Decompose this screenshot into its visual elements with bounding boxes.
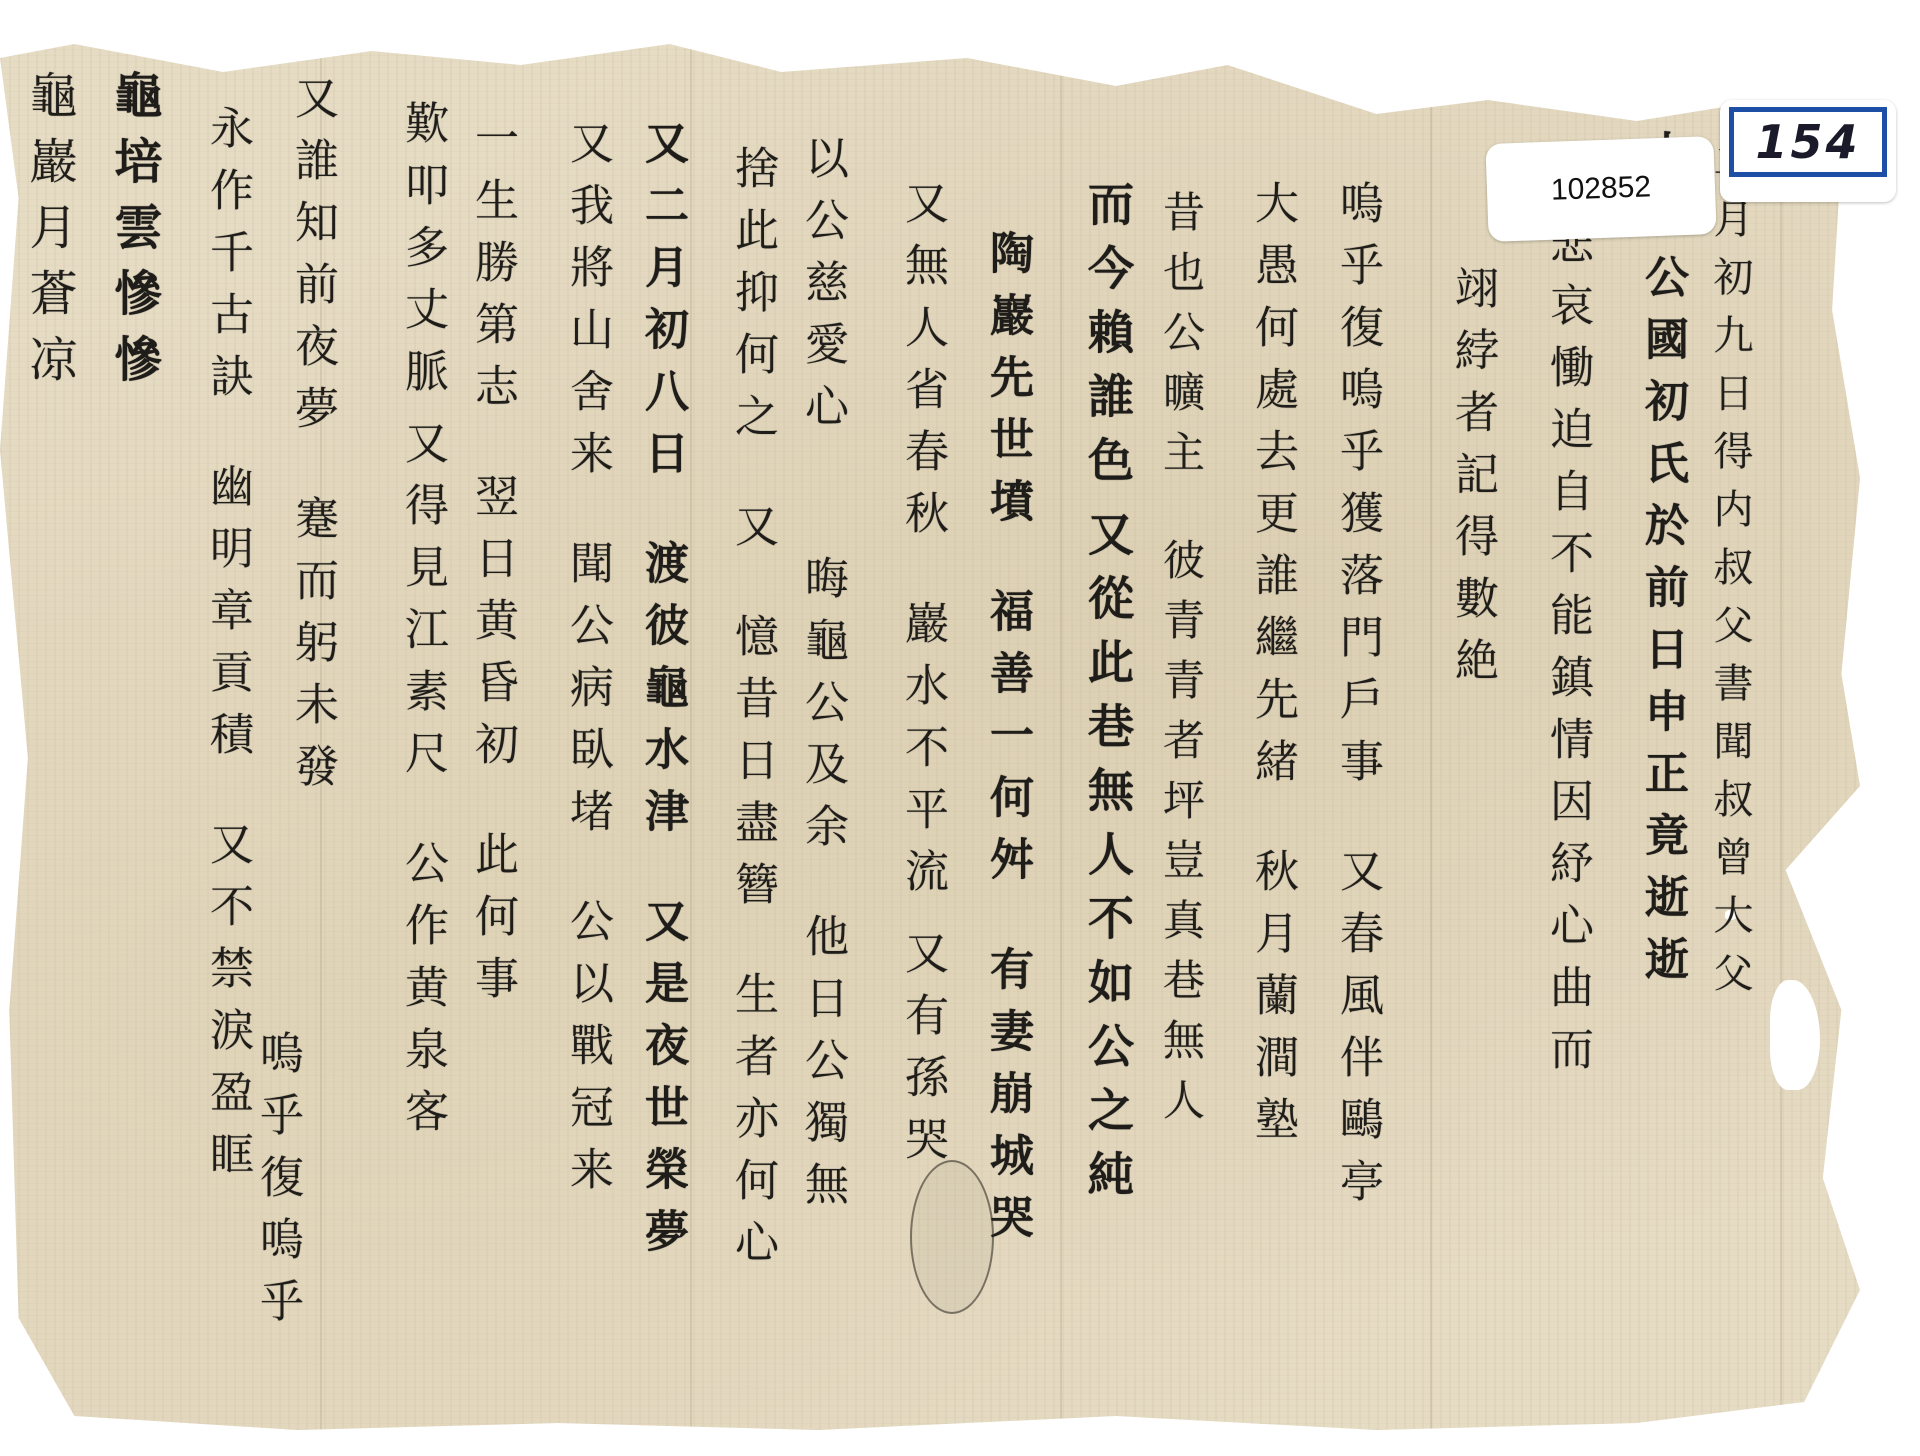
text-column: 大愚公國初氏於前日申正竟逝逝 bbox=[1640, 130, 1684, 998]
text-segment: 又 bbox=[290, 75, 334, 137]
text-column: 又二月初八日渡彼龜水津又是夜世榮夢 bbox=[640, 120, 684, 1270]
text-segment: 不禁淚盈眶 bbox=[205, 883, 249, 1193]
text-segment: 生者亦何心 bbox=[730, 971, 774, 1281]
page-number-frame: 154 bbox=[1729, 107, 1887, 177]
text-segment: 憶昔日盡簪 bbox=[730, 613, 774, 923]
text-segment: 昔也公曠主 bbox=[1160, 190, 1202, 490]
text-column: 捨此抑何之又憶昔日盡簪生者亦何心 bbox=[730, 145, 774, 1281]
text-segment: 誰知前夜夢 bbox=[290, 137, 334, 447]
text-segment: 又 bbox=[205, 821, 249, 883]
text-segment: 有孫哭 bbox=[900, 992, 944, 1178]
text-column: 而今賴誰色又從此巷無人不如公之純 bbox=[1085, 180, 1131, 1214]
text-segment: 龜培雲慘慘 bbox=[110, 70, 158, 400]
text-column: 嗚乎復嗚乎獲落門戶事又春風伴鷗亭 bbox=[1335, 180, 1379, 1220]
text-column: 二月初九日得内叔父書聞叔曾大父 bbox=[1710, 140, 1750, 1010]
text-segment: 龜巖月蒼凉 bbox=[25, 70, 73, 400]
text-column: 永作千古訣幽明章貢積又不禁淚盈眶 bbox=[205, 105, 249, 1193]
text-segment: 彼青青者坪豈真巷無人 bbox=[1160, 538, 1202, 1138]
text-column: 又無人省春秋巖水不平流又有孫哭 bbox=[900, 180, 944, 1178]
text-segment: 捨此抑何之 bbox=[730, 145, 774, 455]
seal-stamp bbox=[910, 1160, 994, 1314]
text-segment: 歎叩多丈脈 bbox=[400, 100, 444, 410]
text-segment: 公作黄泉客 bbox=[400, 840, 444, 1150]
text-column: 一生勝第志翌日黄昏初此何事 bbox=[470, 115, 514, 1017]
text-segment: 晦龜公及余 bbox=[800, 555, 844, 865]
text-segment: 嗚乎復嗚乎獲落門戶事 bbox=[1335, 180, 1379, 800]
text-segment: 又 bbox=[640, 120, 684, 182]
text-column: 大愚何處去更誰繼先緒秋月蘭澗塾 bbox=[1250, 180, 1294, 1158]
text-segment: 又 bbox=[640, 898, 684, 960]
text-segment: 翌日黄昏初 bbox=[470, 473, 514, 783]
text-segment: 悲哀慟迫自不能鎮情因紓心曲而 bbox=[1545, 220, 1589, 1088]
text-segment: 從此巷無人不如公之純 bbox=[1085, 574, 1131, 1214]
text-segment: 翊綍者記得數絶 bbox=[1450, 265, 1494, 699]
text-segment: 又 bbox=[400, 420, 444, 482]
page-number-text: 154 bbox=[1755, 115, 1860, 169]
text-column: 歎叩多丈脈又得見江素尺公作黄泉客 bbox=[400, 100, 444, 1150]
text-segment: 陶巖先世墳 bbox=[985, 230, 1029, 540]
text-segment: 以公慈愛心 bbox=[800, 135, 844, 445]
text-segment: 公以戰冠来 bbox=[565, 898, 609, 1208]
text-segment: 此何事 bbox=[470, 831, 514, 1017]
text-segment: 二月初九日得内叔父書聞叔曾大父 bbox=[1710, 140, 1750, 1010]
text-segment: 渡彼龜水津 bbox=[640, 540, 684, 850]
text-segment: 又春風伴鷗亭 bbox=[1335, 848, 1379, 1220]
text-column: 悲哀慟迫自不能鎮情因紓心曲而 bbox=[1545, 220, 1589, 1088]
text-segment: 聞公病臥堵 bbox=[565, 540, 609, 850]
text-segment: 永作千古訣 bbox=[205, 105, 249, 415]
text-column: 龜培雲慘慘 bbox=[110, 70, 158, 400]
text-segment: 又無人省春秋 bbox=[900, 180, 944, 552]
text-column: 陶巖先世墳福善一何舛有妻崩城哭 bbox=[985, 230, 1029, 1256]
catalog-id-label: 102852 bbox=[1485, 136, 1716, 242]
text-segment: 又 bbox=[730, 503, 774, 565]
text-column: 又我將山舍来聞公病臥堵公以戰冠来 bbox=[565, 120, 609, 1208]
text-segment: 嗚乎復嗚乎 bbox=[255, 1030, 299, 1340]
text-segment: 大愚何處去更誰繼先緒 bbox=[1250, 180, 1294, 800]
text-segment: 他日公獨無 bbox=[800, 913, 844, 1223]
text-segment: 是夜世榮夢 bbox=[640, 960, 684, 1270]
text-column: 龜巖月蒼凉 bbox=[25, 70, 73, 400]
text-segment: 又 bbox=[1085, 510, 1131, 574]
page-number-label: 154 bbox=[1720, 100, 1896, 202]
catalog-id-text: 102852 bbox=[1550, 170, 1651, 207]
text-segment: 又 bbox=[900, 930, 944, 992]
text-segment: 蹇而躬未發 bbox=[290, 495, 334, 805]
text-segment: 幽明章貢積 bbox=[205, 463, 249, 773]
text-segment: 而今賴誰色 bbox=[1085, 180, 1131, 500]
text-segment: 巖水不平流 bbox=[900, 600, 944, 910]
text-segment: 得見江素尺 bbox=[400, 482, 444, 792]
text-column: 嗚乎復嗚乎 bbox=[255, 1030, 299, 1340]
text-column: 昔也公曠主彼青青者坪豈真巷無人 bbox=[1160, 190, 1202, 1138]
text-column: 又誰知前夜夢蹇而躬未發 bbox=[290, 75, 334, 805]
text-segment: 秋月蘭澗塾 bbox=[1250, 848, 1294, 1158]
text-column: 以公慈愛心晦龜公及余他日公獨無 bbox=[800, 135, 844, 1223]
text-segment: 大愚公國初氏於前日申正竟逝逝 bbox=[1640, 130, 1684, 998]
text-segment: 二月初八日 bbox=[640, 182, 684, 492]
text-column: 翊綍者記得數絶 bbox=[1450, 265, 1494, 699]
text-segment: 又我將山舍来 bbox=[565, 120, 609, 492]
text-segment: 有妻崩城哭 bbox=[985, 946, 1029, 1256]
text-segment: 一生勝第志 bbox=[470, 115, 514, 425]
text-segment: 福善一何舛 bbox=[985, 588, 1029, 898]
